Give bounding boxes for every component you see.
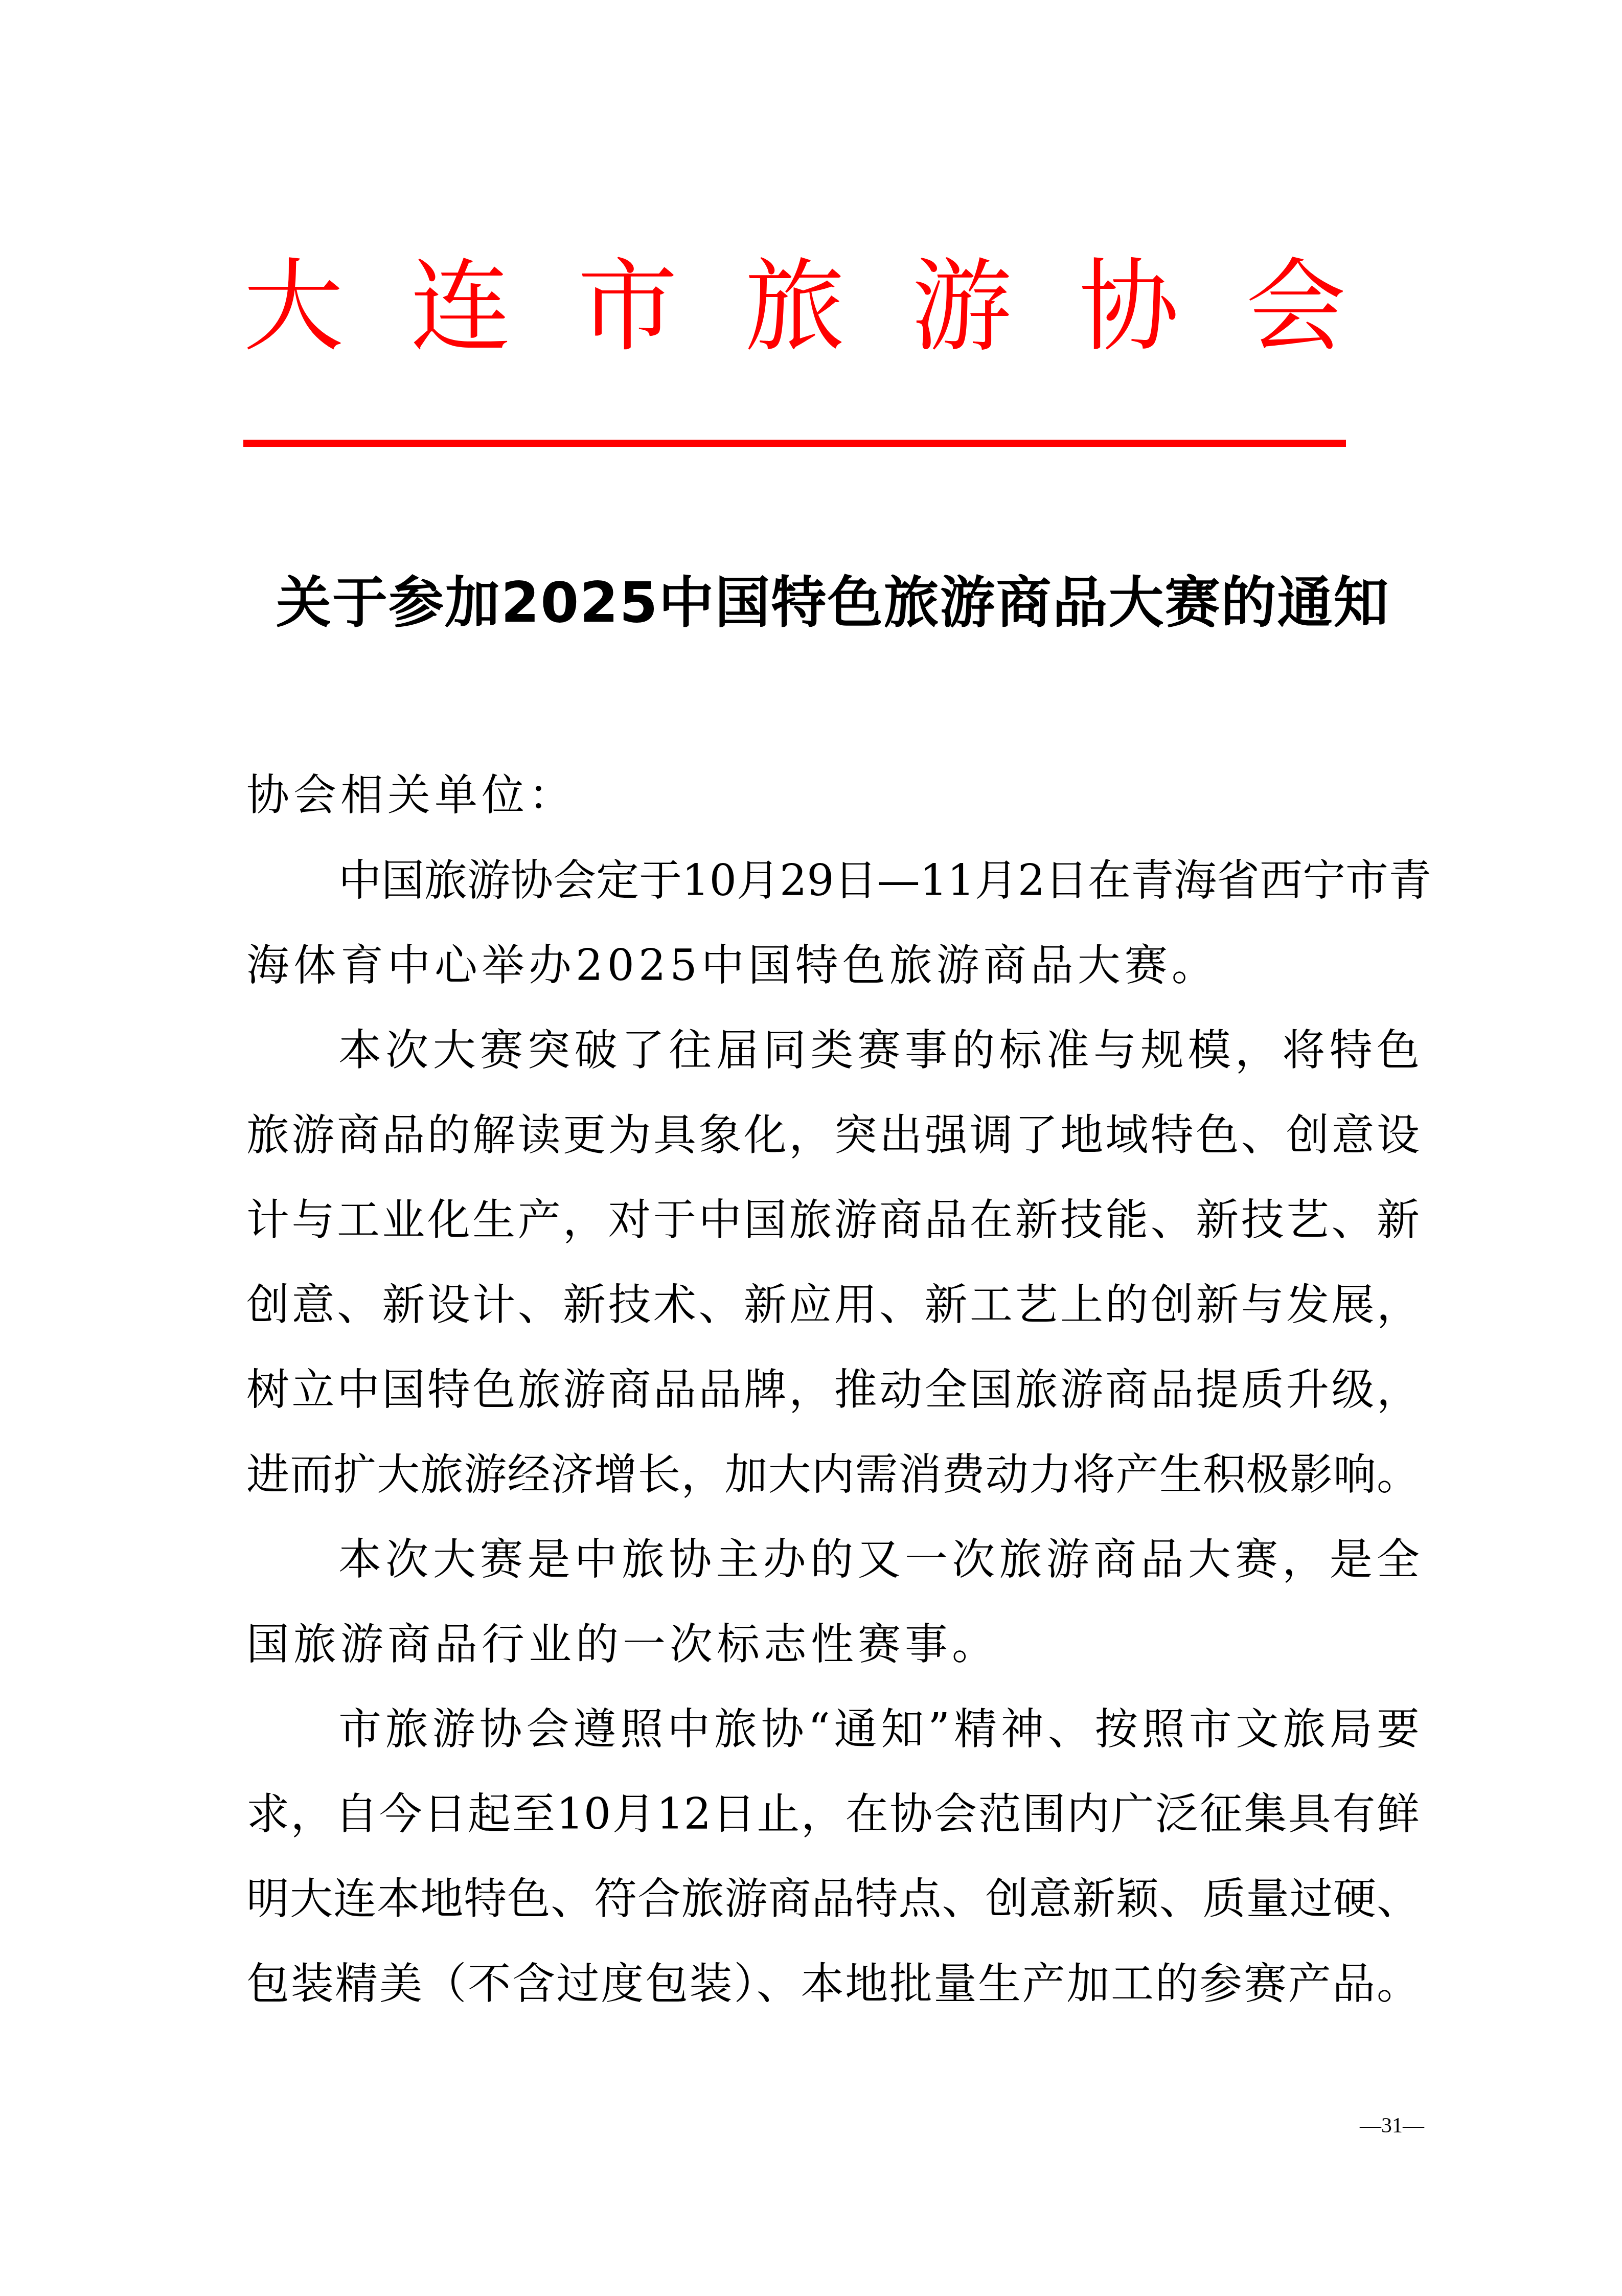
letterhead-char: 会 [1246,240,1346,373]
document-body: 中国旅游协会定于10月29日—11月2日在青海省西宁市青 海体育中心举办2025… [246,847,1420,2035]
letterhead-char: 旅 [744,240,844,373]
letterhead-char: 连 [410,240,511,373]
body-line: 创意、新设计、新技术、新应用、新工艺上的创新与发展， [246,1271,1420,1356]
body-line: 中国旅游协会定于10月29日—11月2日在青海省西宁市青 [246,847,1420,932]
body-line: 包装精美（不含过度包装）、本地批量生产加工的参赛产品。 [246,1950,1420,2035]
letterhead-char: 游 [911,240,1012,373]
letterhead-red-divider [243,440,1346,447]
org-letterhead: 大 连 市 旅 游 协 会 [243,240,1346,373]
body-line: 市旅游协会遵照中旅协“通知”精神、按照市文旅局要 [246,1696,1420,1781]
body-line: 求，自今日起至10月12日止，在协会范围内广泛征集具有鲜 [246,1781,1420,1866]
body-line: 旅游商品的解读更为具象化，突出强调了地域特色、创意设 [246,1102,1420,1187]
letterhead-char: 大 [243,240,344,373]
document-title: 关于参加2025中国特色旅游商品大赛的通知 [276,565,1380,642]
body-line: 海体育中心举办2025中国特色旅游商品大赛。 [246,932,1420,1017]
body-line: 本次大赛是中旅协主办的又一次旅游商品大赛，是全 [246,1526,1420,1611]
salutation: 协会相关单位： [246,762,576,828]
page-number: —31— [1360,2110,1424,2141]
body-line: 本次大赛突破了往届同类赛事的标准与规模，将特色 [246,1017,1420,1102]
letterhead-char: 市 [578,240,678,373]
body-line: 进而扩大旅游经济增长，加大内需消费动力将产生积极影响。 [246,1441,1420,1526]
body-line: 树立中国特色旅游商品品牌，推动全国旅游商品提质升级， [246,1356,1420,1441]
body-line: 计与工业化生产，对于中国旅游商品在新技能、新技艺、新 [246,1187,1420,1271]
body-line: 国旅游商品行业的一次标志性赛事。 [246,1611,1420,1696]
letterhead-char: 协 [1079,240,1179,373]
body-line: 明大连本地特色、符合旅游商品特点、创意新颖、质量过硬、 [246,1866,1420,1950]
